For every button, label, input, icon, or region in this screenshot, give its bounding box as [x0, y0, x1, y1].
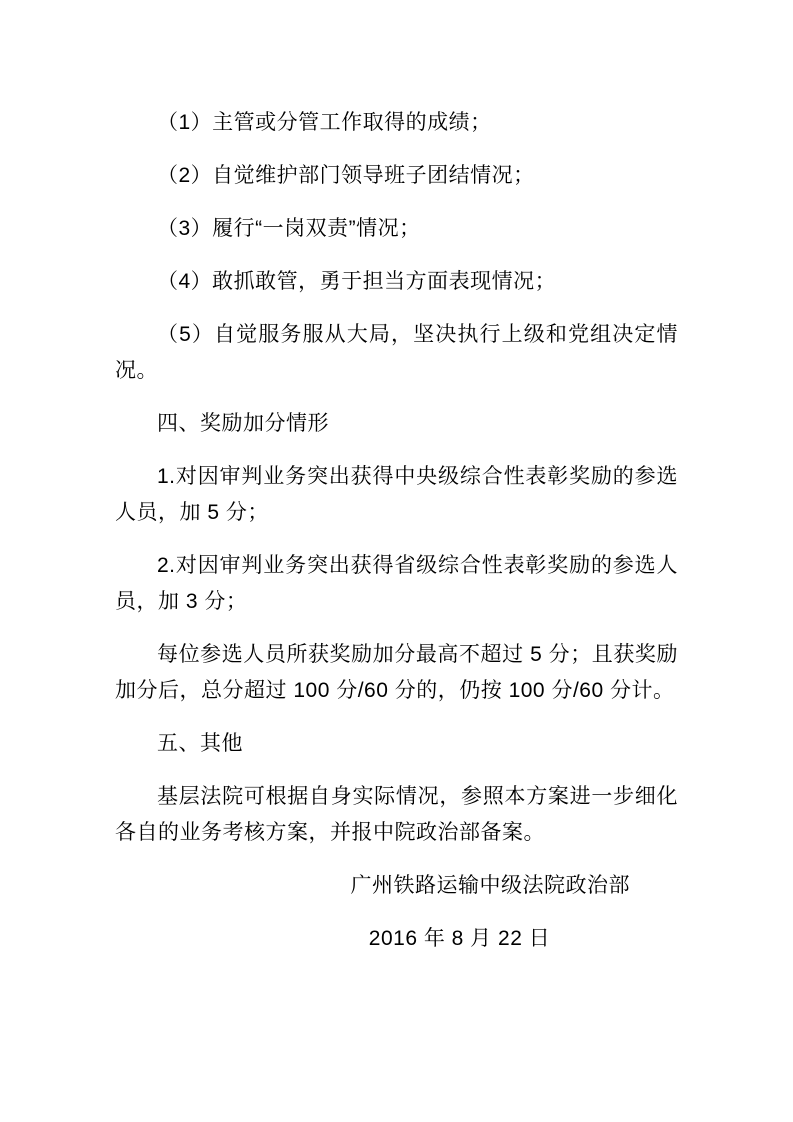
list-item-1: （1）主管或分管工作取得的成绩；: [115, 105, 678, 141]
paragraph: 2.对因审判业务突出获得省级综合性表彰奖励的参选人员，加 3 分；: [115, 548, 678, 620]
document-page: （1）主管或分管工作取得的成绩； （2）自觉维护部门领导班子团结情况； （3）履…: [0, 0, 793, 1122]
list-item-3: （3）履行“一岗双责”情况；: [115, 211, 678, 247]
list-item-5: （5）自觉服务服从大局，坚决执行上级和党组决定情况。: [115, 317, 678, 389]
list-item-2: （2）自觉维护部门领导班子团结情况；: [115, 158, 678, 194]
date-line: 2016 年 8 月 22 日: [178, 921, 741, 957]
signature-line: 广州铁路运输中级法院政治部: [115, 868, 678, 904]
paragraph: 基层法院可根据自身实际情况，参照本方案进一步细化各自的业务考核方案，并报中院政治…: [115, 779, 678, 851]
section-heading-5: 五、其他: [115, 726, 678, 762]
paragraph: 每位参选人员所获奖励加分最高不超过 5 分；且获奖励加分后，总分超过 100 分…: [115, 637, 678, 709]
document-body: （1）主管或分管工作取得的成绩； （2）自觉维护部门领导班子团结情况； （3）履…: [115, 105, 678, 957]
paragraph: 1.对因审判业务突出获得中央级综合性表彰奖励的参选人员，加 5 分；: [115, 459, 678, 531]
section-heading-4: 四、奖励加分情形: [115, 406, 678, 442]
list-item-4: （4）敢抓敢管，勇于担当方面表现情况；: [115, 264, 678, 300]
